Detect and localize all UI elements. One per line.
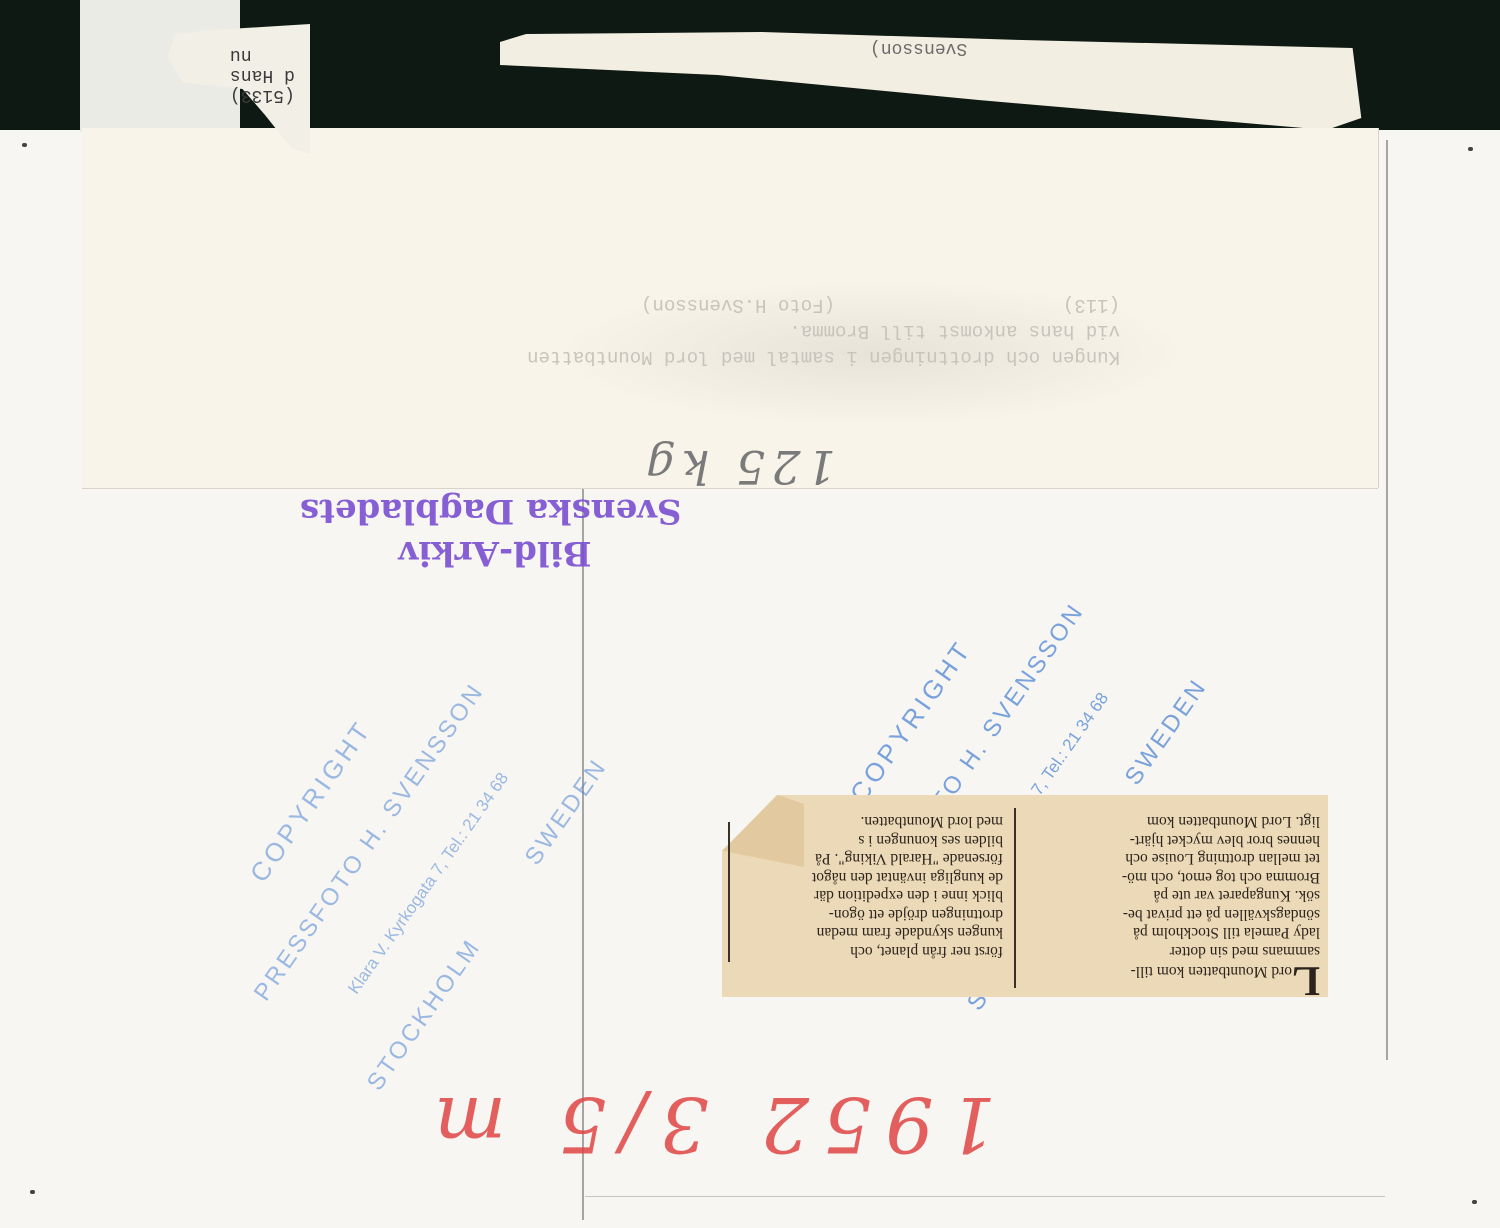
- archive-stamp: Bild-Arkiv Svenska Dagbladets: [300, 490, 682, 574]
- torn-flap-text: Svensson): [870, 38, 967, 58]
- column-rule: [728, 822, 730, 962]
- drop-cap: L: [1292, 957, 1320, 1003]
- column-rule: [1014, 808, 1016, 988]
- pin-hole: [1472, 1200, 1477, 1204]
- pin-hole: [22, 143, 27, 147]
- pencil-note: 125 kg: [640, 440, 836, 494]
- pencil-guide-line: [585, 1196, 1385, 1197]
- clipping-column-right: Lord Mountbatten kom till- sammans med s…: [1020, 812, 1320, 1000]
- clipping-column-left: först ner från planet, och kungen skynda…: [738, 812, 1003, 960]
- pin-hole: [1468, 147, 1473, 151]
- red-pencil-date: 1952 3/5 m: [420, 1080, 996, 1169]
- pin-hole: [30, 1190, 35, 1194]
- pencil-guide-line: [1386, 140, 1388, 1060]
- folded-corner-note: (5133) d Hans nu: [230, 45, 295, 105]
- typed-caption: Kungen och drottningen i samtal med lord…: [300, 292, 1120, 370]
